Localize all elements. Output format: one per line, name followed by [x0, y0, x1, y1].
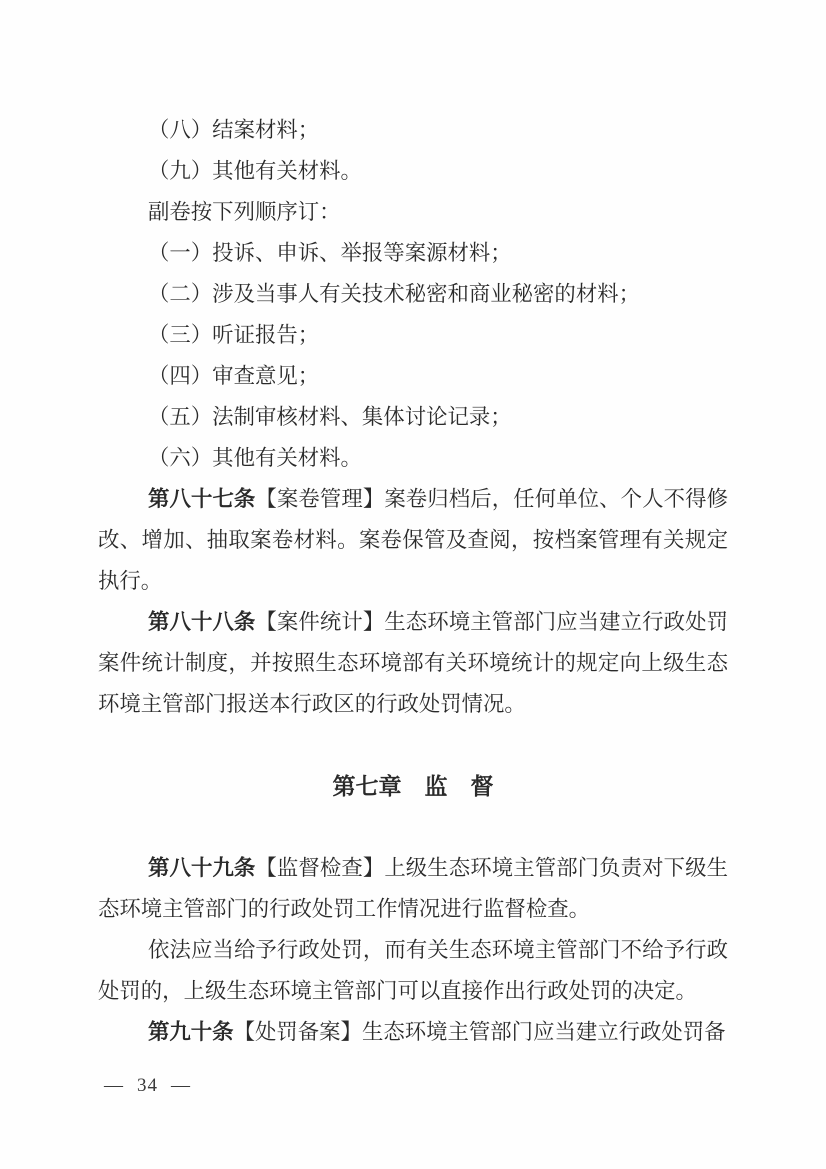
article-body: 生态环境主管部门应当建立行政处罚备 [362, 1020, 726, 1044]
article-title-bracket: 【处罚备案】 [234, 1020, 362, 1044]
list-item: （五）法制审核材料、集体讨论记录； [98, 397, 728, 438]
article-paragraph: 依法应当给予行政处罚，而有关生态环境主管部门不给予行政处罚的，上级生态环境主管部… [98, 930, 728, 1012]
article-title-bracket: 【案件统计】 [255, 610, 384, 634]
document-content: （八）结案材料； （九）其他有关材料。 副卷按下列顺序订： （一）投诉、申诉、举… [0, 0, 826, 1053]
article-title-bracket: 【案卷管理】 [255, 487, 384, 511]
article-number: 第八十八条 [148, 610, 255, 634]
article-title-bracket: 【监督检查】 [255, 856, 384, 880]
article-paragraph: 第八十七条【案卷管理】案卷归档后，任何单位、个人不得修改、增加、抽取案卷材料。案… [98, 479, 728, 602]
article-number: 第八十七条 [148, 487, 255, 511]
list-item: （二）涉及当事人有关技术秘密和商业秘密的材料； [98, 274, 728, 315]
article-paragraph: 第八十八条【案件统计】生态环境主管部门应当建立行政处罚案件统计制度，并按照生态环… [98, 602, 728, 725]
chapter-heading: 第七章 监 督 [98, 766, 728, 807]
article-number: 第八十九条 [148, 856, 255, 880]
footer-dash-left: — [104, 1075, 124, 1096]
paragraph-intro: 副卷按下列顺序订： [98, 192, 728, 233]
list-item: （六）其他有关材料。 [98, 438, 728, 479]
document-page: （八）结案材料； （九）其他有关材料。 副卷按下列顺序订： （一）投诉、申诉、举… [0, 0, 826, 1169]
list-item: （九）其他有关材料。 [98, 151, 728, 192]
article-paragraph: 第八十九条【监督检查】上级生态环境主管部门负责对下级生态环境主管部门的行政处罚工… [98, 848, 728, 930]
list-item: （三）听证报告； [98, 315, 728, 356]
page-number: 34 [137, 1075, 158, 1096]
list-item: （一）投诉、申诉、举报等案源材料； [98, 233, 728, 274]
article-paragraph: 第九十条【处罚备案】生态环境主管部门应当建立行政处罚备 [98, 1012, 728, 1053]
page-footer: —34— [104, 1074, 191, 1098]
article-number: 第九十条 [148, 1020, 234, 1044]
list-item: （四）审查意见； [98, 356, 728, 397]
footer-dash-right: — [171, 1075, 191, 1096]
list-item: （八）结案材料； [98, 110, 728, 151]
